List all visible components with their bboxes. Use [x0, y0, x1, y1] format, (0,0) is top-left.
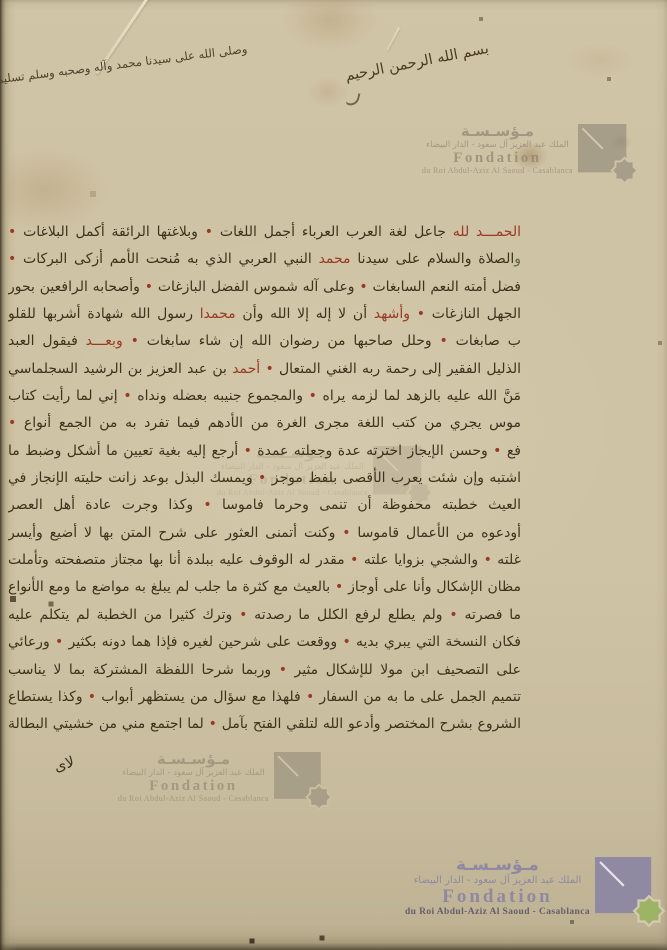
paper-crease — [386, 27, 400, 51]
watermark-text: مـؤسـسـة الملك عبد العزيز آل سعود - الدا… — [405, 857, 590, 918]
foundation-logo-icon — [274, 752, 334, 812]
ink-flourish-mark — [345, 91, 360, 107]
manuscript-line: موس يجري من كتب اللغة مجرى الغرة من الأد… — [8, 410, 521, 437]
watermark-french-line: du Roi Abdul-Aziz Al Saoud - Casablanca — [405, 908, 590, 918]
watermark-arabic-name: مـؤسـسـة — [422, 124, 573, 140]
manuscript-line: على التصحيف ابن مولا للإشكال مثير • وربم… — [8, 657, 521, 684]
manuscript-line: أودعوه من الأعمال قاموسا • وكنت أتمنى ال… — [8, 520, 521, 547]
manuscript-line: ما فصرته • ولم يطلع لرفع الكلل ما رصدته … — [8, 602, 521, 629]
manuscript-line: فع • وحسن الإيجاز اخترته عدة وجعلته عمدة… — [8, 438, 521, 465]
watermark-foundation-top: مـؤسـسـة الملك عبد العزيز آل سعود - الدا… — [394, 124, 640, 186]
watermark-french-line: du Roi Abdul-Aziz Al Saoud - Casablanca — [422, 167, 573, 175]
watermark-arabic-name: مـؤسـسـة — [118, 752, 269, 768]
paper-specks — [0, 0, 2, 2]
manuscript-line: العيث خطبته محفوظة أن تنمى وحرما فاموسا … — [8, 492, 521, 519]
foundation-stamp-bottom-right: مـؤسـسـة الملك عبد العزيز آل سعود - الدا… — [402, 857, 667, 929]
manuscript-line: الجهل النازغات • وأشهد أن لا إله إلا الل… — [8, 301, 521, 328]
watermark-arabic-line: الملك عبد العزيز آل سعود - الدار البيضاء — [118, 769, 269, 778]
manuscript-line: الحمـــد لله جاعل لغة العرب العرباء أجمل… — [8, 219, 521, 246]
manuscript-line: ب صابغات • وحلل صاحبها من رضوان الله إن … — [8, 328, 521, 355]
watermark-french-line: du Roi Abdul-Aziz Al Saoud - Casablanca — [118, 795, 269, 803]
foundation-logo-icon — [578, 124, 640, 186]
watermark-french-name: Fondation — [405, 887, 590, 907]
watermark-arabic-name: مـؤسـسـة — [405, 857, 590, 875]
manuscript-line: تتميم الجمل على ما به من السفار • فلهذا … — [8, 684, 521, 711]
manuscript-line: اشتبه وإن شئت يعرب الأقصى بلفظ موجز • وي… — [8, 465, 521, 492]
manuscript-line: الشروع بشرح المختصر وأدعو الله لتلقي الف… — [8, 711, 521, 738]
watermark-text: مـؤسـسـة الملك عبد العزيز آل سعود - الدا… — [118, 752, 269, 804]
manuscript-line: والصلاة والسلام على سيدنا محمد النبي الع… — [8, 246, 521, 273]
catchword: لاى — [52, 753, 76, 776]
watermark-french-name: Fondation — [422, 151, 573, 167]
manuscript-line: فضل أمته النعم السابغات • وعلى آله شموس … — [8, 274, 521, 301]
watermark-text: مـؤسـسـة الملك عبد العزيز آل سعود - الدا… — [422, 124, 573, 176]
manuscript-line: مَنَّ الله عليه بالزهد لما لزمه يراه • و… — [8, 383, 521, 410]
manuscript-text: الحمـــد لله جاعل لغة العرب العرباء أجمل… — [8, 219, 521, 739]
manuscript-line: مظان الإشكال وأنا على أوجاز • بالعيث مع … — [8, 574, 521, 601]
basmala-annotation: بسم الله الرحمن الرحيم — [330, 41, 490, 87]
watermark-french-name: Fondation — [118, 779, 269, 795]
watermark-foundation-bottom: مـؤسـسـة الملك عبد العزيز آل سعود - الدا… — [90, 752, 334, 812]
watermark-arabic-line: الملك عبد العزيز آل سعود - الدار البيضاء — [422, 141, 573, 150]
foundation-logo-icon — [595, 857, 667, 929]
tasliya-annotation: وصلى الله على سيدنا محمد وآله وصحبه وسلم… — [12, 42, 248, 85]
watermark-arabic-line: الملك عبد العزيز آل سعود - الدار البيضاء — [405, 876, 590, 887]
manuscript-line: غلته • والشجي بزوايا علته • مقدر له الوق… — [8, 547, 521, 574]
manuscript-scan-page: { "annotations": { "basmala": "بسم الله … — [0, 0, 667, 950]
manuscript-line: الذليل الفقير إلى رحمة ربه الغني المتعال… — [8, 356, 521, 383]
manuscript-line: فكان النسخة التي يبري بديه • ووقعت على ش… — [8, 629, 521, 656]
